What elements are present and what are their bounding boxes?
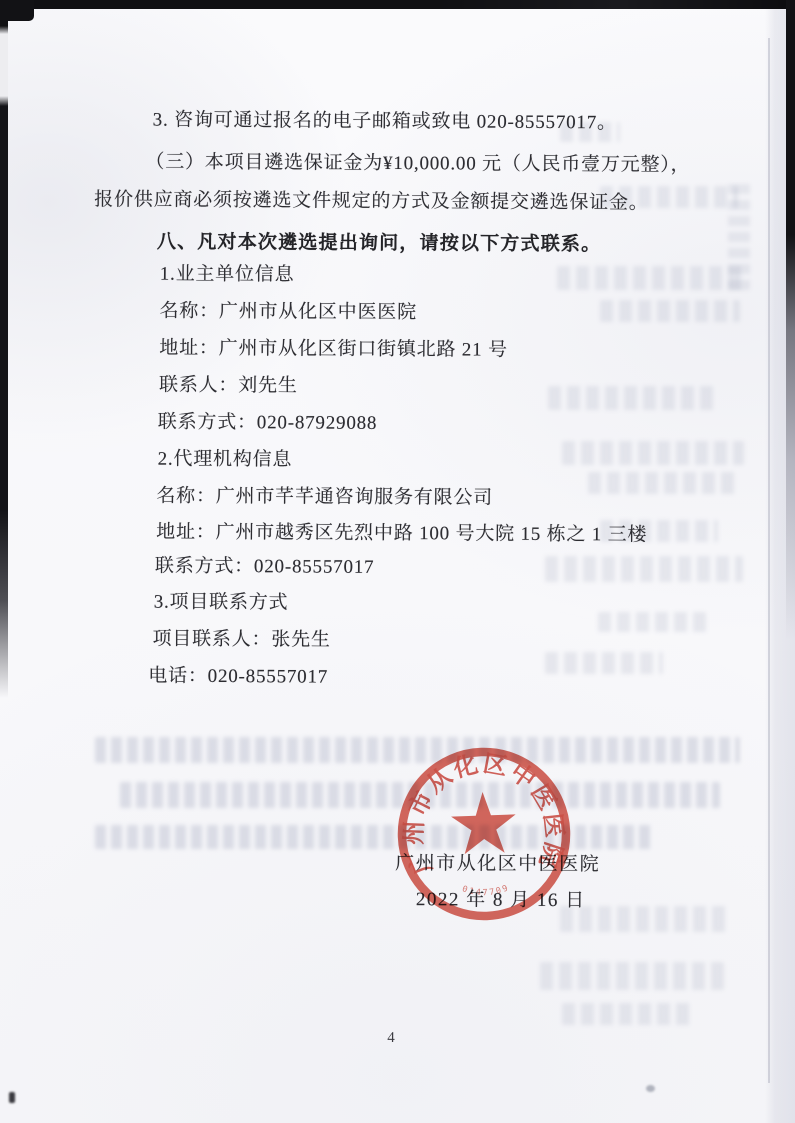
project-contact-title: 3.项目联系方式 (154, 587, 289, 615)
agency-address: 地址：广州市越秀区先烈中路 100 号大院 15 栋之 1 三楼 (156, 517, 647, 547)
paragraph-consult: 3. 咨询可通过报名的电子邮箱或致电 020-85557017。 (153, 105, 617, 135)
agency-contact-phone: 联系方式：020-85557017 (155, 551, 375, 579)
owner-section-title: 1.业主单位信息 (160, 259, 295, 287)
agency-name: 名称：广州市芊芊通咨询服务有限公司 (156, 481, 493, 510)
official-seal: 广州市从化区中医医院 0147709 (389, 739, 579, 929)
owner-contact-phone: 联系方式：020-87929088 (158, 407, 378, 435)
project-contact-phone: 电话：020-85557017 (148, 661, 328, 689)
section-heading-contact: 八、凡对本次遴选提出询问，请按以下方式联系。 (157, 227, 602, 257)
paragraph-deposit-line1: （三）本项目遴选保证金为¥10,000.00 元（人民币壹万元整）， (145, 147, 690, 177)
paragraph-deposit-line2: 报价供应商必须按遴选文件规定的方式及金额提交遴选保证金。 (94, 184, 649, 214)
seal-serial-number: 0147709 (460, 883, 511, 899)
owner-address: 地址：广州市从化区街口街镇北路 21 号 (159, 333, 508, 362)
seal-star-icon (450, 791, 517, 855)
owner-name: 名称：广州市从化区中医医院 (159, 296, 417, 325)
document-page: 3. 咨询可通过报名的电子邮箱或致电 020-85557017。 （三）本项目遴… (0, 0, 795, 1123)
svg-text:0147709: 0147709 (460, 883, 511, 899)
project-contact-person: 项目联系人：张先生 (152, 624, 330, 652)
owner-contact-person: 联系人：刘先生 (159, 370, 298, 398)
page-number: 4 (0, 1028, 789, 1050)
agency-section-title: 2.代理机构信息 (158, 444, 293, 472)
